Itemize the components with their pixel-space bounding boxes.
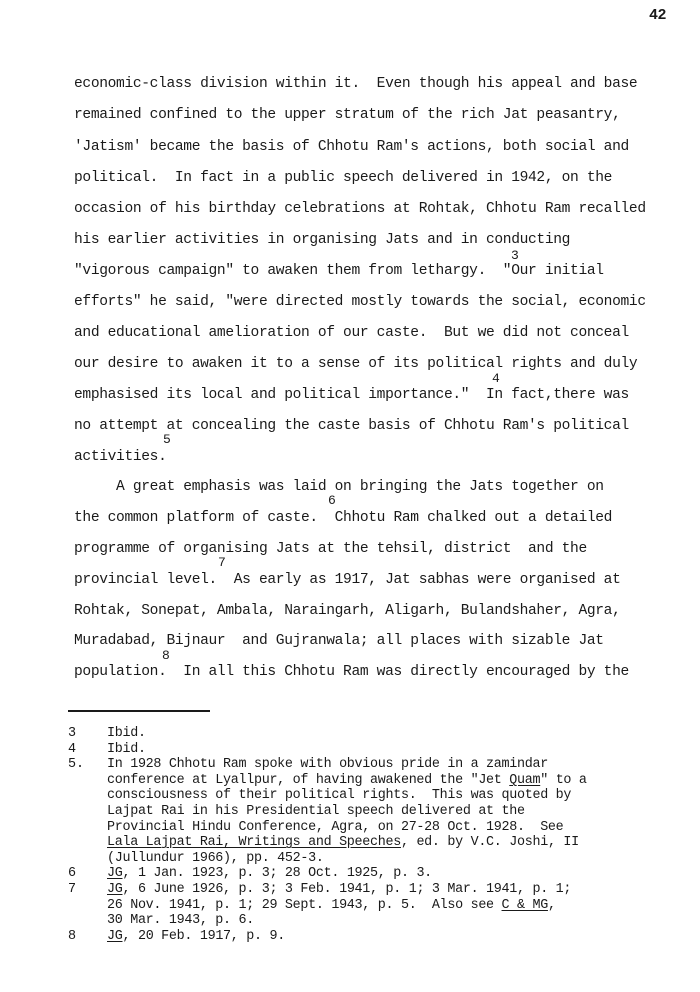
body-line: and educational amelioration of our cast… [74,324,629,342]
footnote-segment: , ed. by V.C. Joshi, II [401,835,579,850]
footnote-text: JG, 20 Feb. 1917, p. 9. [107,929,285,945]
body-line: occasion of his birthday celebrations at… [74,200,646,218]
body-line: 'Jatism' became the basis of Chhotu Ram'… [74,138,629,156]
footnote-segment: (Jullundur 1966), pp. 452-3. [107,851,324,866]
footnote-text: In 1928 Chhotu Ram spoke with obvious pr… [107,757,548,773]
citation-title: C & MG [502,898,548,913]
footnote-text: Lajpat Rai in his Presidential speech de… [107,804,525,820]
body-line: provincial level. As early as 1917, Jat … [74,571,621,589]
footnote-segment: , 20 Feb. 1917, p. 9. [122,929,284,944]
footnote-text: JG, 1 Jan. 1923, p. 3; 28 Oct. 1925, p. … [107,866,432,882]
footnote-text: Ibid. [107,742,146,758]
body-line: economic-class division within it. Even … [74,75,637,93]
citation-title: Lala Lajpat Rai, Writings and Speeches [107,835,401,850]
body-line: political. In fact in a public speech de… [74,169,612,187]
footnote-segment: Ibid. [107,726,146,741]
footnote-segment: , 1 Jan. 1923, p. 3; 28 Oct. 1925, p. 3. [122,866,431,881]
footnote-segment: Ibid. [107,742,146,757]
footnote-text: (Jullundur 1966), pp. 452-3. [107,851,324,867]
citation-title: JG [107,882,122,897]
citation-title: JG [107,929,122,944]
page-number: 42 [649,7,666,24]
footnote-segment: , 6 June 1926, p. 3; 3 Feb. 1941, p. 1; … [122,882,571,897]
footnote-segment: 26 Nov. 1941, p. 1; 29 Sept. 1943, p. 5.… [107,898,502,913]
footnote-segment: In 1928 Chhotu Ram spoke with obvious pr… [107,757,548,772]
body-line: programme of organising Jats at the tehs… [74,540,587,558]
footnote-segment: consciousness of their political rights.… [107,788,571,803]
body-line: activities. [74,448,167,466]
footnote-marker: 6 [328,494,336,508]
body-line: our desire to awaken it to a sense of it… [74,355,637,373]
footnote-number: 8 [68,929,76,945]
footnote-marker: 5 [163,433,171,447]
body-line: Muradabad, Bijnaur and Gujranwala; all p… [74,632,604,650]
body-line: the common platform of caste. Chhotu Ram… [74,509,612,527]
footnote-number: 7 [68,882,76,898]
body-line: emphasised its local and political impor… [74,386,629,404]
footnote-number: 6 [68,866,76,882]
footnote-segment: Provincial Hindu Conference, Agra, on 27… [107,820,563,835]
footnote-number: 3 [68,726,76,742]
body-line: efforts" he said, "were directed mostly … [74,293,646,311]
body-line: his earlier activities in organising Jat… [74,231,570,249]
footnote-text: Lala Lajpat Rai, Writings and Speeches, … [107,835,579,851]
footnote-segment: Lajpat Rai in his Presidential speech de… [107,804,525,819]
footnote-number: 5. [68,757,84,773]
footnote-segment: " to a [540,773,586,788]
body-line: A great emphasis was laid on bringing th… [74,478,604,496]
body-line: Rohtak, Sonepat, Ambala, Naraingarh, Ali… [74,602,621,620]
footnote-text: Ibid. [107,726,146,742]
body-line: "vigorous campaign" to awaken them from … [74,262,604,280]
footnote-marker: 8 [162,649,170,663]
footnote-text: JG, 6 June 1926, p. 3; 3 Feb. 1941, p. 1… [107,882,571,898]
body-line: no attempt at concealing the caste basis… [74,417,629,435]
footnote-marker: 3 [511,249,519,263]
footnote-text: Provincial Hindu Conference, Agra, on 27… [107,820,563,836]
footnote-text: 26 Nov. 1941, p. 1; 29 Sept. 1943, p. 5.… [107,898,556,914]
citation-title: Quam [509,773,540,788]
body-line: population. In all this Chhotu Ram was d… [74,663,629,681]
footnote-divider [68,710,210,712]
footnote-number: 4 [68,742,76,758]
footnote-text: consciousness of their political rights.… [107,788,571,804]
footnote-text: 30 Mar. 1943, p. 6. [107,913,254,929]
footnote-marker: 4 [492,372,500,386]
footnote-segment: , [548,898,556,913]
footnote-segment: conference at Lyallpur, of having awaken… [107,773,509,788]
body-line: remained confined to the upper stratum o… [74,106,621,124]
footnote-segment: 30 Mar. 1943, p. 6. [107,913,254,928]
citation-title: JG [107,866,122,881]
footnote-text: conference at Lyallpur, of having awaken… [107,773,587,789]
footnote-marker: 7 [218,556,226,570]
